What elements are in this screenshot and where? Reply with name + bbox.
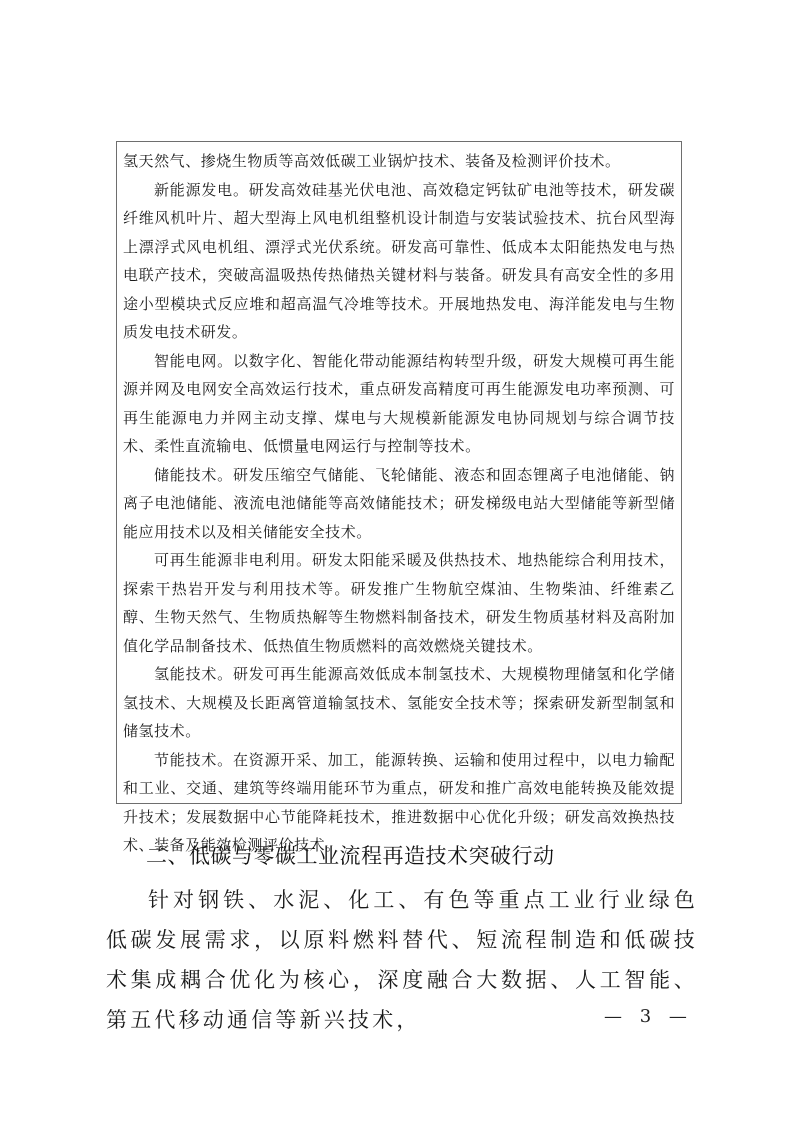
box-paragraph-new-energy-power: 新能源发电。研发高效硅基光伏电池、高效稳定钙钛矿电池等技术，研发碳纤维风机叶片、… — [123, 176, 675, 347]
box-paragraph-continuation: 氢天然气、掺烧生物质等高效低碳工业锅炉技术、装备及检测评价技术。 — [123, 147, 675, 176]
box-paragraph-renewable-non-power: 可再生能源非电利用。研发太阳能采暖及供热技术、地热能综合利用技术，探索干热岩开发… — [123, 546, 675, 660]
boxed-text-panel: 氢天然气、掺烧生物质等高效低碳工业锅炉技术、装备及检测评价技术。 新能源发电。研… — [116, 141, 682, 804]
section-heading: 二、低碳与零碳工业流程再造技术突破行动 — [146, 840, 555, 870]
page-number: — 3 — — [604, 1006, 693, 1027]
box-paragraph-smart-grid: 智能电网。以数字化、智能化带动能源结构转型升级，研发大规模可再生能源并网及电网安… — [123, 347, 675, 461]
box-paragraph-hydrogen: 氢能技术。研发可再生能源高效低成本制氢技术、大规模物理储氢和化学储氢技术、大规模… — [123, 660, 675, 746]
box-paragraph-energy-storage: 储能技术。研发压缩空气储能、飞轮储能、液态和固态锂离子电池储能、钠离子电池储能、… — [123, 461, 675, 547]
